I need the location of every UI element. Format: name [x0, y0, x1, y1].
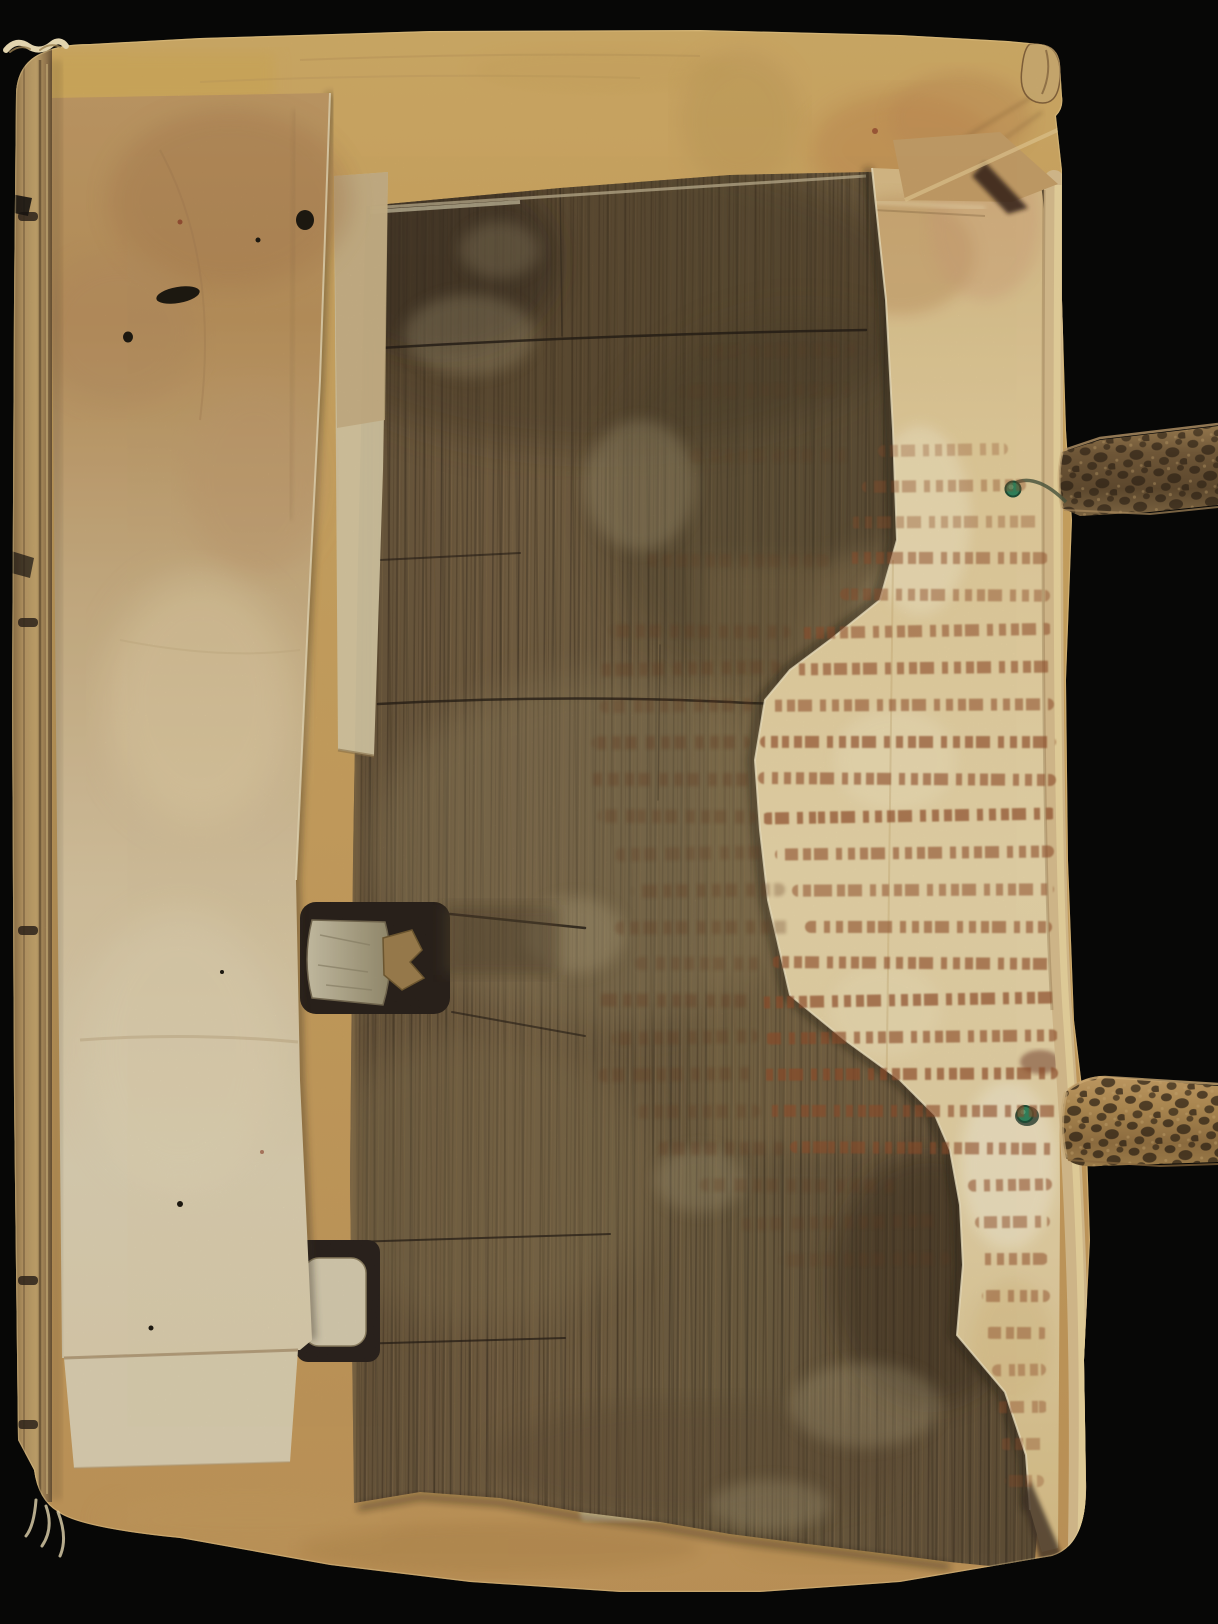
- pin-lower: [1015, 1106, 1039, 1126]
- book-cover: [0, 0, 1218, 1624]
- photo-stage: Inside face of a medieval manuscript boo…: [0, 0, 1218, 1624]
- binding-photo: Inside face of a medieval manuscript boo…: [0, 0, 1218, 1624]
